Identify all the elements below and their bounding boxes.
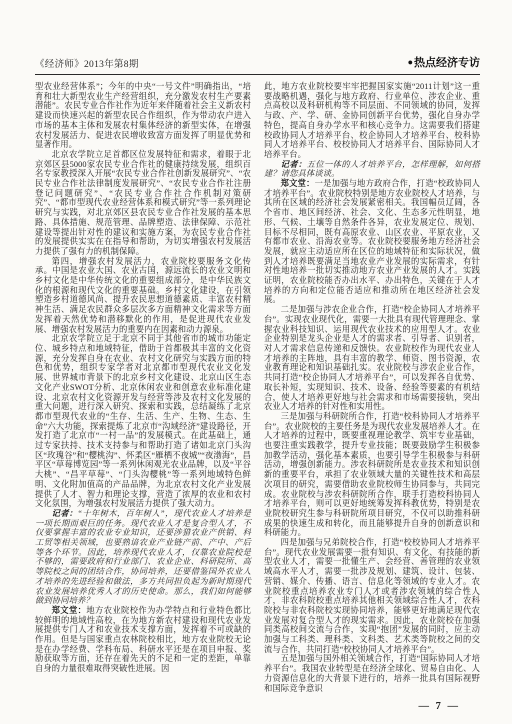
body-paragraph: 北京农学院立足于北京不同于其他省市的城市功能定位、城乡特点和地域特征，借助于首都…	[35, 334, 251, 509]
body-paragraph: 型农业经营体系”；今年的中央“一号文件”明确指出，“培育和壮大新型农业生产经营组…	[35, 82, 251, 150]
body-paragraph: 第四，增强农村发展活力，农业院校要服务文化传承。中国是农业大国、农业古国，源远流…	[35, 257, 251, 335]
journal-issue: 《经济师》2013年第8期	[35, 56, 139, 70]
body-paragraph: 北京农学院立足首都区位发展特征和需求，着眼于北京郊区县5000家农民专业合作社的…	[35, 150, 251, 257]
page-header: 《经济师》2013年第8期 ●热点经济专访	[35, 54, 480, 75]
bullet-icon: ●	[408, 57, 413, 67]
speaker-label: 记者：	[281, 160, 307, 169]
dialogue-paragraph: 记者：“十年树木，百年树人”，现代农业人才培养是一项长期而艰巨的任务。现代农业人…	[35, 509, 251, 606]
page-number: — 7 —	[419, 701, 461, 712]
dialogue-paragraph: 记者：五位一体的人才培养平台，怎样理解，如何搭建？请您具体谈谈。	[264, 160, 480, 179]
journal-page: 《经济师》2013年第8期 ●热点经济专访 型农业经营体系”；今年的中央“一号文…	[0, 0, 512, 724]
speaker-label: 记者：	[52, 509, 78, 518]
dialogue-paragraph: 郑文堂：一是加强与地方政府合作，打造“校政协同人才培养平台”。农业院校特别是地方…	[264, 179, 480, 305]
speaker-label: 郑文堂：	[52, 606, 87, 615]
body-paragraph: 三是加强与科研院所合作，打造“校科协同人才培养平台”。农业院校的主要任务是为现代…	[264, 412, 480, 538]
body-paragraph: 二是加强与涉农企业合作，打造“校企协同人才培养平台”。实现农业现代化，需要一大批…	[264, 305, 480, 412]
dialogue-paragraph: 郑文堂：地方农业院校作为办学特点和行业特色都比较鲜明的地域性高校，在为地方新农村…	[35, 606, 251, 674]
section-title: ●热点经济专访	[408, 54, 480, 70]
article-body: 型农业经营体系”；今年的中央“一号文件”明确指出，“培育和壮大新型农业生产经营组…	[35, 82, 480, 693]
left-column: 型农业经营体系”；今年的中央“一号文件”明确指出，“培育和壮大新型农业生产经营组…	[35, 82, 251, 693]
body-paragraph: 五是加强与国外相关领域合作，打造“国际协同人才培养平台”。我国农业转型是在经济全…	[264, 654, 480, 693]
body-paragraph: 此，地方农业院校要牢牢把握国家实施“2011计划”这一重要战略机遇，强化与地方政…	[264, 82, 480, 160]
speaker-label: 郑文堂：	[281, 179, 315, 188]
section-title-text: 热点经济专访	[414, 57, 480, 69]
body-paragraph: 四是加强与兄弟院校合作，打造“校校协同人才培养平台”。现代农业发展需要一批有知识…	[264, 538, 480, 654]
right-column: 此，地方农业院校要牢牢把握国家实施“2011计划”这一重要战略机遇，强化与地方政…	[264, 82, 480, 693]
